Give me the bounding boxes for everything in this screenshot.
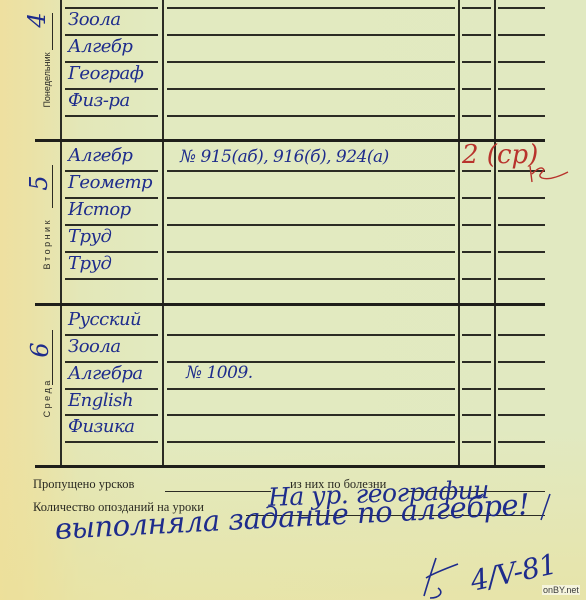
watermark: onBY.net [542, 585, 580, 595]
subject-cell: English [68, 389, 162, 413]
homework-cell: № 1009. [186, 361, 253, 385]
day-date: 5 [24, 168, 54, 198]
missed-lessons-field [165, 491, 271, 492]
subject-cell: Физика [68, 415, 162, 439]
grade-cell: 2 (ср) [462, 137, 538, 173]
subject-cell: Алгебр [68, 144, 162, 168]
note-slash-mark [538, 492, 552, 522]
subject-cell: Географ [68, 62, 162, 86]
day-name: Понедельник [41, 45, 53, 115]
homework-cell: № 915(аб), 916(б), 924(а) [180, 145, 389, 169]
subject-cell: Истор [68, 198, 162, 222]
subject-cell: Зоола [68, 335, 162, 359]
subject-cell: Русский [68, 308, 162, 332]
subject-cell: Зоола [68, 8, 162, 32]
column-border-homework [458, 0, 460, 468]
row-line [65, 441, 545, 443]
day-date: 6 [25, 335, 55, 365]
column-border-left [60, 0, 62, 468]
day-name: С р е д а [41, 378, 53, 420]
subject-cell: Труд [68, 252, 162, 276]
day-date: 4 [22, 5, 52, 35]
teacher-signature [528, 160, 574, 190]
subject-cell: Физ-ра [68, 89, 162, 113]
missed-lessons-label: Пропущено урсков [33, 477, 134, 492]
subject-cell: Геометр [68, 171, 162, 195]
row-line [65, 278, 545, 280]
day-separator [35, 465, 545, 468]
column-border-subject [162, 0, 164, 468]
subject-cell: Алгебра [68, 362, 162, 386]
column-border-grade [494, 0, 496, 468]
row-line [65, 115, 545, 117]
subject-cell: Алгебр [68, 35, 162, 59]
subject-cell: Труд [68, 225, 162, 249]
day-name: В т о р н и к [41, 215, 53, 275]
day-separator [35, 303, 545, 306]
